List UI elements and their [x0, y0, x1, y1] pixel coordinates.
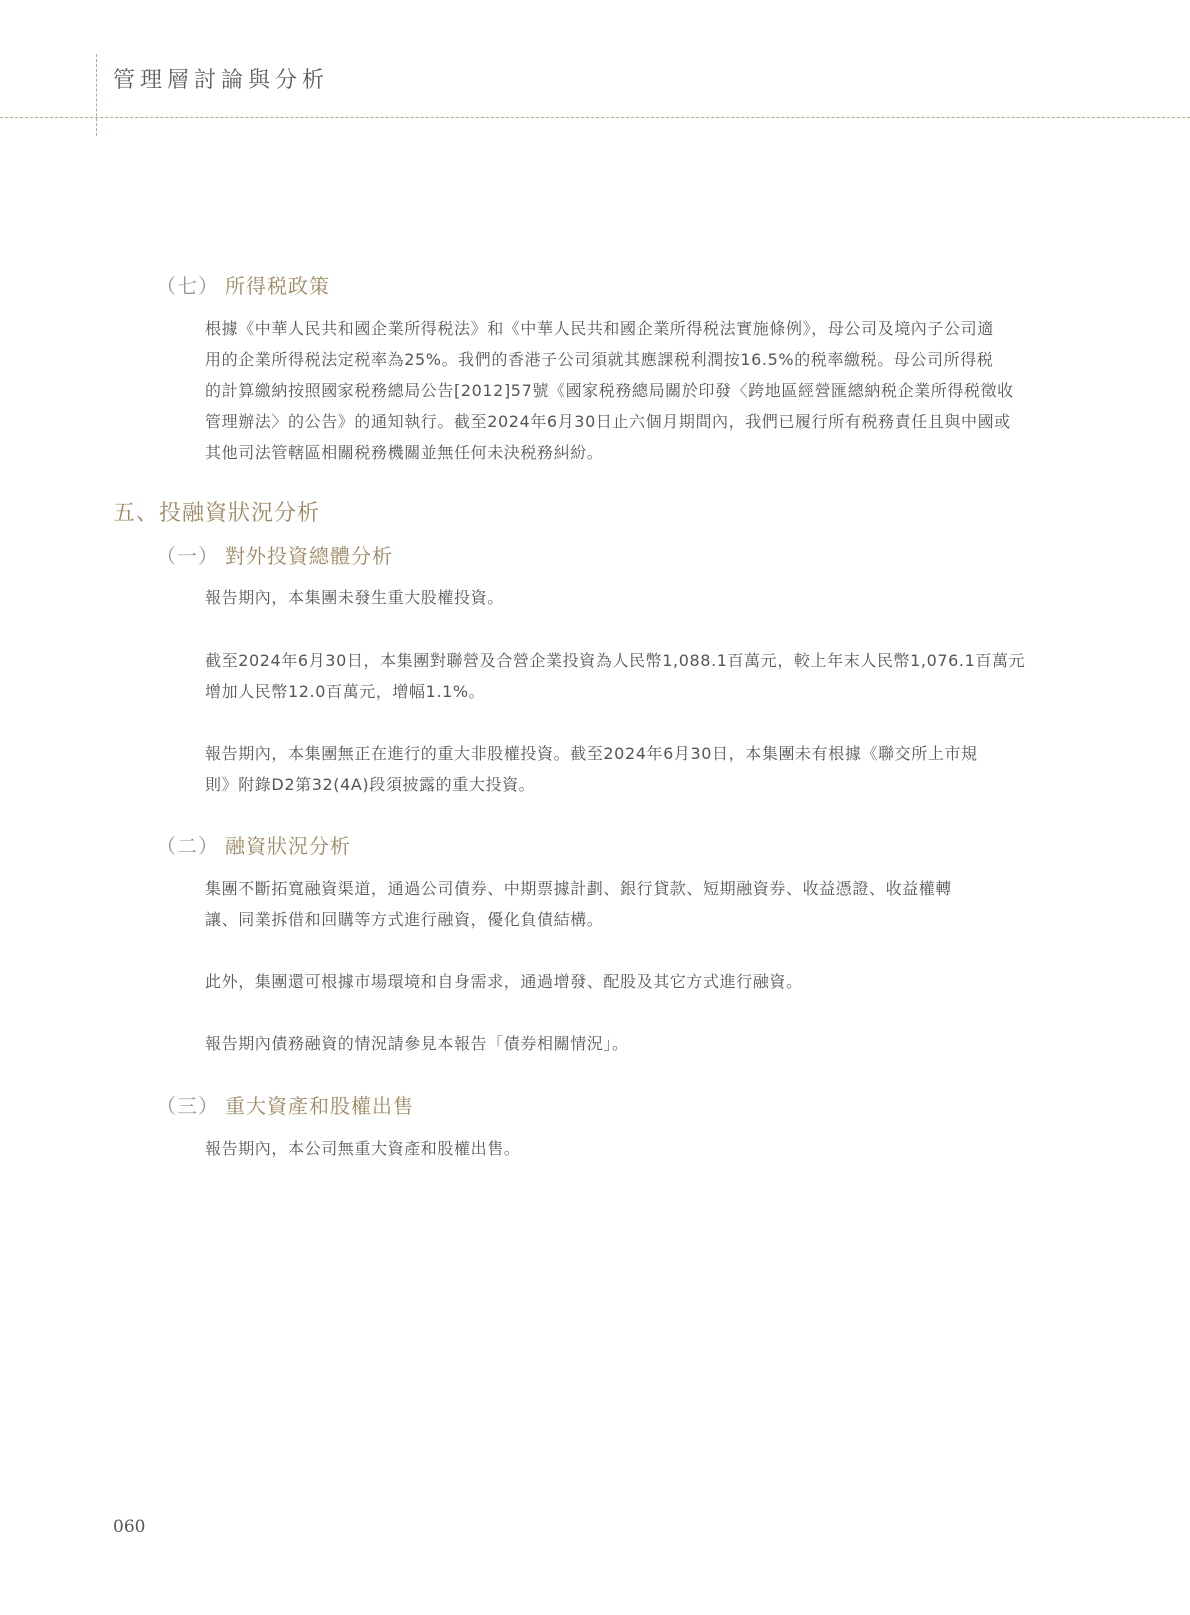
running-header-title: 管理層討論與分析 — [113, 63, 329, 94]
header-horizontal-dashed-rule — [0, 117, 1190, 118]
text-line: 報告期內，本集團無正在進行的重大非股權投資。截至2024年6月30日，本集團未有… — [205, 738, 1100, 769]
paragraph-non-equity-investment: 報告期內，本集團無正在進行的重大非股權投資。截至2024年6月30日，本集團未有… — [205, 738, 1100, 800]
text-line: 報告期內，本公司無重大資產和股權出售。 — [205, 1133, 1100, 1164]
paragraph-equity-financing: 此外，集團還可根據市場環境和自身需求，通過增發、配股及其它方式進行融資。 — [205, 966, 1100, 997]
text-line: 報告期內債務融資的情況請參見本報告「債券相關情況」。 — [205, 1028, 1100, 1059]
paragraph-no-asset-disposal: 報告期內，本公司無重大資產和股權出售。 — [205, 1133, 1100, 1164]
heading-financing-analysis: （二）融資狀況分析 — [156, 830, 351, 859]
text-line: 讓、同業拆借和回購等方式進行融資，優化負債結構。 — [205, 904, 1100, 935]
text-line: 則》附錄D2第32(4A)段須披露的重大投資。 — [205, 769, 1100, 800]
text-line: 集團不斷拓寬融資渠道，通過公司債券、中期票據計劃、銀行貸款、短期融資券、收益憑證… — [205, 873, 1100, 904]
heading-text: 對外投資總體分析 — [225, 544, 393, 568]
text-line: 用的企業所得税法定税率為25%。我們的香港子公司須就其應課税利潤按16.5%的税… — [205, 344, 1100, 375]
paragraph-no-equity-investment: 報告期內，本集團未發生重大股權投資。 — [205, 582, 1100, 613]
text-line: 管理辦法〉的公告》的通知執行。截至2024年6月30日止六個月期間內，我們已履行… — [205, 406, 1100, 437]
heading-external-investment-analysis: （一）對外投資總體分析 — [156, 540, 393, 569]
heading-number: （一） — [156, 544, 219, 568]
text-line: 截至2024年6月30日，本集團對聯營及合營企業投資為人民幣1,088.1百萬元… — [205, 645, 1100, 676]
text-line: 此外，集團還可根據市場環境和自身需求，通過增發、配股及其它方式進行融資。 — [205, 966, 1100, 997]
paragraph-debt-financing-reference: 報告期內債務融資的情況請參見本報告「債券相關情況」。 — [205, 1028, 1100, 1059]
heading-income-tax-policy: （七）所得税政策 — [156, 270, 330, 299]
heading-number: （七） — [156, 274, 219, 298]
heading-number: （三） — [156, 1094, 219, 1118]
text-line: 其他司法管轄區相關税務機關並無任何未決税務糾紛。 — [205, 437, 1100, 468]
text-line: 報告期內，本集團未發生重大股權投資。 — [205, 582, 1100, 613]
header-vertical-dashed-rule — [96, 54, 97, 136]
paragraph-income-tax: 根據《中華人民共和國企業所得税法》和《中華人民共和國企業所得税法實施條例》，母公… — [205, 313, 1100, 468]
heading-material-asset-disposal: （三）重大資產和股權出售 — [156, 1090, 414, 1119]
text-line: 根據《中華人民共和國企業所得税法》和《中華人民共和國企業所得税法實施條例》，母公… — [205, 313, 1100, 344]
heading-investment-financing-analysis: 五、投融資狀況分析 — [113, 496, 320, 527]
text-line: 增加人民幣12.0百萬元，增幅1.1%。 — [205, 676, 1100, 707]
paragraph-financing-channels: 集團不斷拓寬融資渠道，通過公司債券、中期票據計劃、銀行貸款、短期融資券、收益憑證… — [205, 873, 1100, 935]
text-line: 的計算繳納按照國家税務總局公告[2012]57號《國家税務總局關於印發〈跨地區經… — [205, 375, 1100, 406]
heading-number: （二） — [156, 834, 219, 858]
heading-text: 重大資產和股權出售 — [225, 1094, 414, 1118]
heading-text: 所得税政策 — [225, 274, 330, 298]
page-number: 060 — [113, 1517, 145, 1537]
heading-text: 融資狀況分析 — [225, 834, 351, 858]
paragraph-associates-jv-investment: 截至2024年6月30日，本集團對聯營及合營企業投資為人民幣1,088.1百萬元… — [205, 645, 1100, 707]
